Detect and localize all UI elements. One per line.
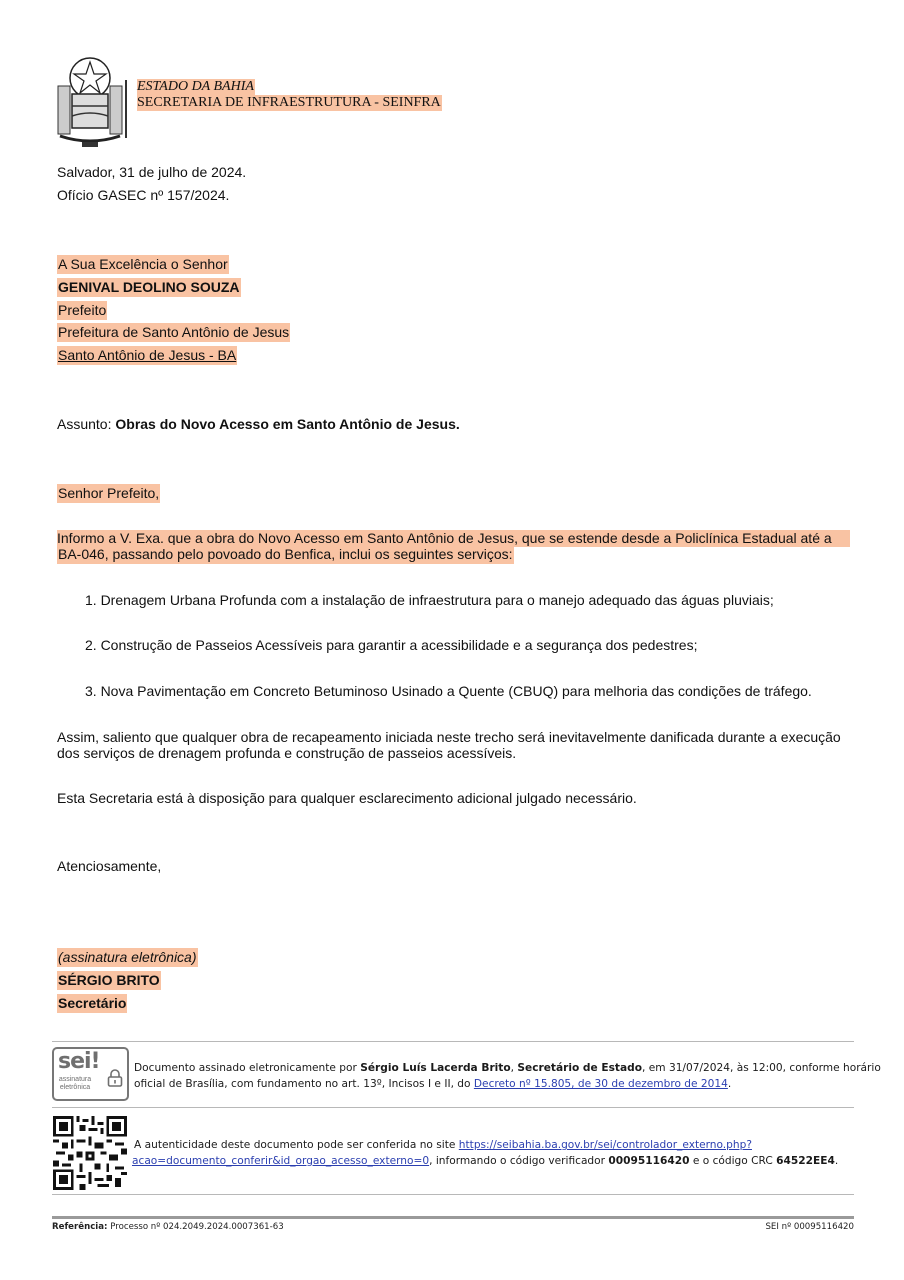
verification-link-cont[interactable]: acao=documento_conferir&id_orgao_acesso_…	[132, 1155, 429, 1167]
warning-line-2: dos serviços de drenagem profunda e cons…	[57, 745, 516, 761]
availability-text: Esta Secretaria está à disposição para q…	[57, 790, 637, 806]
signer-full-name: Sérgio Luís Lacerda Brito	[360, 1062, 510, 1074]
signer-official-role: Secretário de Estado	[517, 1062, 642, 1074]
service-item: 1. Drenagem Urbana Profunda com a instal…	[85, 592, 774, 608]
sei-logo-subtitle: assinatura eletrônica	[58, 1076, 92, 1092]
letterhead: ESTADO DA BAHIA SECRETARIA DE INFRAESTRU…	[137, 79, 442, 111]
sei-logo-word: sei!	[58, 1049, 100, 1074]
footer-reference: Referência: Processo nº 024.2049.2024.00…	[52, 1222, 284, 1232]
signature-note: (assinatura eletrônica)	[57, 948, 198, 967]
footer-sei-number: SEI nº 00095116420	[765, 1222, 854, 1232]
office-number: Ofício GASEC nº 157/2024.	[57, 187, 229, 203]
divider	[52, 1107, 854, 1108]
sei-signature-line-2: oficial de Brasília, com fundamento no a…	[134, 1076, 731, 1092]
footer-divider	[52, 1216, 854, 1219]
place-date: Salvador, 31 de julho de 2024.	[57, 164, 246, 180]
sei-logo-sub2: eletrônica	[58, 1084, 92, 1092]
sei-text: .	[728, 1078, 731, 1090]
signer-role: Secretário	[57, 994, 127, 1013]
divider	[52, 1194, 854, 1195]
service-item: 2. Construção de Passeios Acessíveis par…	[85, 637, 697, 653]
verification-link[interactable]: https://seibahia.ba.gov.br/sei/controlad…	[459, 1139, 752, 1151]
greeting: Senhor Prefeito,	[57, 484, 160, 503]
sei-text: , informando o código verificador	[429, 1155, 608, 1167]
divider	[52, 1041, 854, 1042]
warning-line-1: Assim, saliento que qualquer obra de rec…	[57, 729, 841, 745]
sei-text: , em 31/07/2024, às 12:00, conforme horá…	[642, 1062, 881, 1074]
reference-label: Referência:	[52, 1222, 107, 1232]
sei-signature-line-1: Documento assinado eletronicamente por S…	[134, 1060, 881, 1076]
state-name: ESTADO DA BAHIA	[137, 79, 255, 95]
subject-text: Obras do Novo Acesso em Santo Antônio de…	[115, 416, 459, 432]
service-item: 3. Nova Pavimentação em Concreto Betumin…	[85, 683, 812, 699]
intro-line-2: BA-046, passando pelo povoado do Benfica…	[57, 545, 514, 564]
recipient-city: Santo Antônio de Jesus - BA	[57, 346, 237, 365]
subject-label: Assunto:	[57, 416, 115, 432]
subject: Assunto: Obras do Novo Acesso em Santo A…	[57, 416, 460, 432]
sei-logo-sub1: assinatura	[58, 1076, 92, 1084]
closing-text: Atenciosamente,	[57, 858, 161, 874]
reference-value: Processo nº 024.2049.2024.0007361-63	[107, 1222, 283, 1232]
padlock-icon	[106, 1069, 124, 1087]
qr-code-icon[interactable]	[53, 1116, 127, 1190]
sei-signature-logo: sei! assinatura eletrônica	[52, 1047, 129, 1101]
authenticity-line-1: A autenticidade deste documento pode ser…	[134, 1137, 752, 1153]
bahia-coat-of-arms-icon	[54, 50, 132, 150]
sei-text: Documento assinado eletronicamente por	[134, 1062, 360, 1074]
sei-text: A autenticidade deste documento pode ser…	[134, 1139, 459, 1151]
signer-name: SÉRGIO BRITO	[57, 971, 161, 990]
verifier-code: 00095116420	[608, 1155, 689, 1167]
crc-code: 64522EE4	[776, 1155, 835, 1167]
authenticity-line-2: acao=documento_conferir&id_orgao_acesso_…	[132, 1153, 838, 1169]
recipient-salutation: A Sua Excelência o Senhor	[57, 255, 229, 274]
sei-text: e o código CRC	[689, 1155, 776, 1167]
recipient-name: GENIVAL DEOLINO SOUZA	[57, 278, 241, 297]
recipient-title: Prefeito	[57, 301, 107, 320]
sei-text: oficial de Brasília, com fundamento no a…	[134, 1078, 474, 1090]
recipient-organization: Prefeitura de Santo Antônio de Jesus	[57, 323, 290, 342]
secretariat-name: SECRETARIA DE INFRAESTRUTURA - SEINFRA	[137, 95, 442, 111]
sei-text: .	[835, 1155, 838, 1167]
decree-link[interactable]: Decreto nº 15.805, de 30 de dezembro de …	[474, 1078, 728, 1090]
